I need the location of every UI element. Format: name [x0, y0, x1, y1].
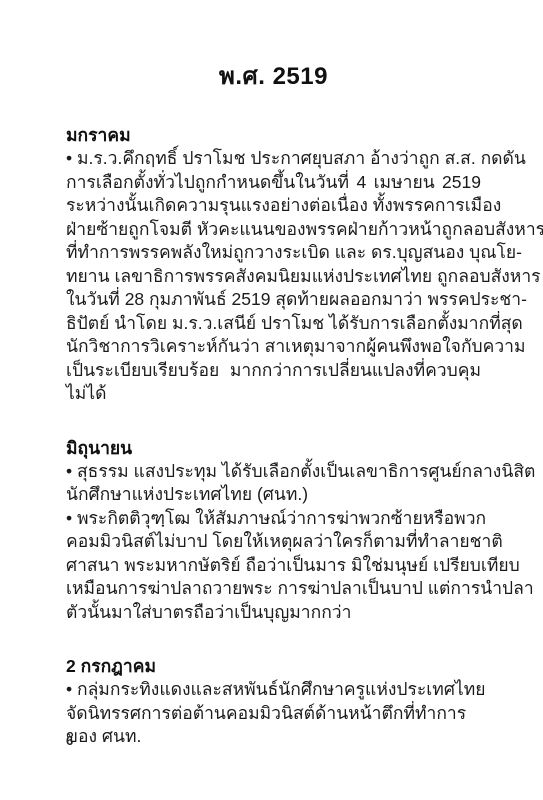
text-line: ฝ่ายซ้ายถูกโจมตี หัวคะแนนของพรรคฝ่ายก้าว… — [66, 218, 481, 242]
text-line: ในวันที่ 28 กุมภาพันธ์ 2519 สุดท้ายผลออก… — [66, 288, 481, 312]
paragraph: • สุธรรม แสงประทุม ได้รับเลือกตั้งเป็นเล… — [66, 460, 481, 507]
text-line: จัดนิทรรศการต่อต้านคอมมิวนิสต์ด้านหน้าตึ… — [66, 702, 481, 749]
page-number: 6 — [66, 733, 73, 748]
text-line: นักวิชาการวิเคราะห์กันว่า สาเหตุมาจากผู้… — [66, 335, 481, 359]
section-june: มิถุนายน • สุธรรม แสงประทุม ได้รับเลือกต… — [66, 436, 481, 625]
section-heading-july-2: 2 กรกฎาคม — [66, 654, 481, 678]
text-line: • กลุ่มกระทิงแดงและสหพันธ์นักศึกษาครูแห่… — [66, 678, 481, 702]
page-title: พ.ศ. 2519 — [66, 62, 481, 92]
text-line: ตัวนั้นมาใส่บาตรถือว่าเป็นบุญมากกว่า — [66, 601, 481, 625]
text-line: ศาสนา พระมหากษัตริย์ ถือว่าเป็นมาร มิใช่… — [66, 554, 481, 578]
section-heading-june: มิถุนายน — [66, 436, 481, 460]
section-heading-january: มกราคม — [66, 123, 481, 147]
section-july-2: 2 กรกฎาคม • กลุ่มกระทิงแดงและสหพันธ์นักศ… — [66, 654, 481, 749]
text-line: คอมมิวนิสต์ไม่บาป โดยให้เหตุผลว่าใครก็ตา… — [66, 530, 481, 554]
text-line: ธิปัตย์ นำโดย ม.ร.ว.เสนีย์ ปราโมช ได้รับ… — [66, 312, 481, 336]
paragraph: • ม.ร.ว.คึกฤทธิ์ ปราโมช ประกาศยุบสภา อ้า… — [66, 147, 481, 406]
section-january: มกราคม • ม.ร.ว.คึกฤทธิ์ ปราโมช ประกาศยุบ… — [66, 123, 481, 406]
text-line: เหมือนการฆ่าปลาถวายพระ การฆ่าปลาเป็นบาป … — [66, 577, 481, 601]
text-line: ทยาน เลขาธิการพรรคสังคมนิยมแห่งประเทศไทย… — [66, 265, 481, 289]
book-page: พ.ศ. 2519 มกราคม • ม.ร.ว.คึกฤทธิ์ ปราโมช… — [0, 0, 543, 800]
text-line: • พระกิตติวุฑฺโฒ ให้สัมภาษณ์ว่าการฆ่าพวก… — [66, 507, 481, 531]
text-line: นักศึกษาแห่งประเทศไทย (ศนท.) — [66, 483, 481, 507]
paragraph: • กลุ่มกระทิงแดงและสหพันธ์นักศึกษาครูแห่… — [66, 678, 481, 749]
text-line: ที่ทำการพรรคพลังใหม่ถูกวางระเบิด และ ดร.… — [66, 241, 481, 265]
paragraph: • พระกิตติวุฑฺโฒ ให้สัมภาษณ์ว่าการฆ่าพวก… — [66, 507, 481, 625]
text-line: ระหว่างนั้นเกิดความรุนแรงอย่างต่อเนื่อง … — [66, 194, 481, 218]
text-line: เป็นระเบียบเรียบร้อย มากกว่าการเปลี่ยนแป… — [66, 359, 481, 406]
text-line: • ม.ร.ว.คึกฤทธิ์ ปราโมช ประกาศยุบสภา อ้า… — [66, 147, 481, 171]
text-line: • สุธรรม แสงประทุม ได้รับเลือกตั้งเป็นเล… — [66, 460, 481, 484]
text-line: การเลือกตั้งทั่วไปถูกกำหนดขึ้นในวันที่ 4… — [66, 171, 481, 195]
